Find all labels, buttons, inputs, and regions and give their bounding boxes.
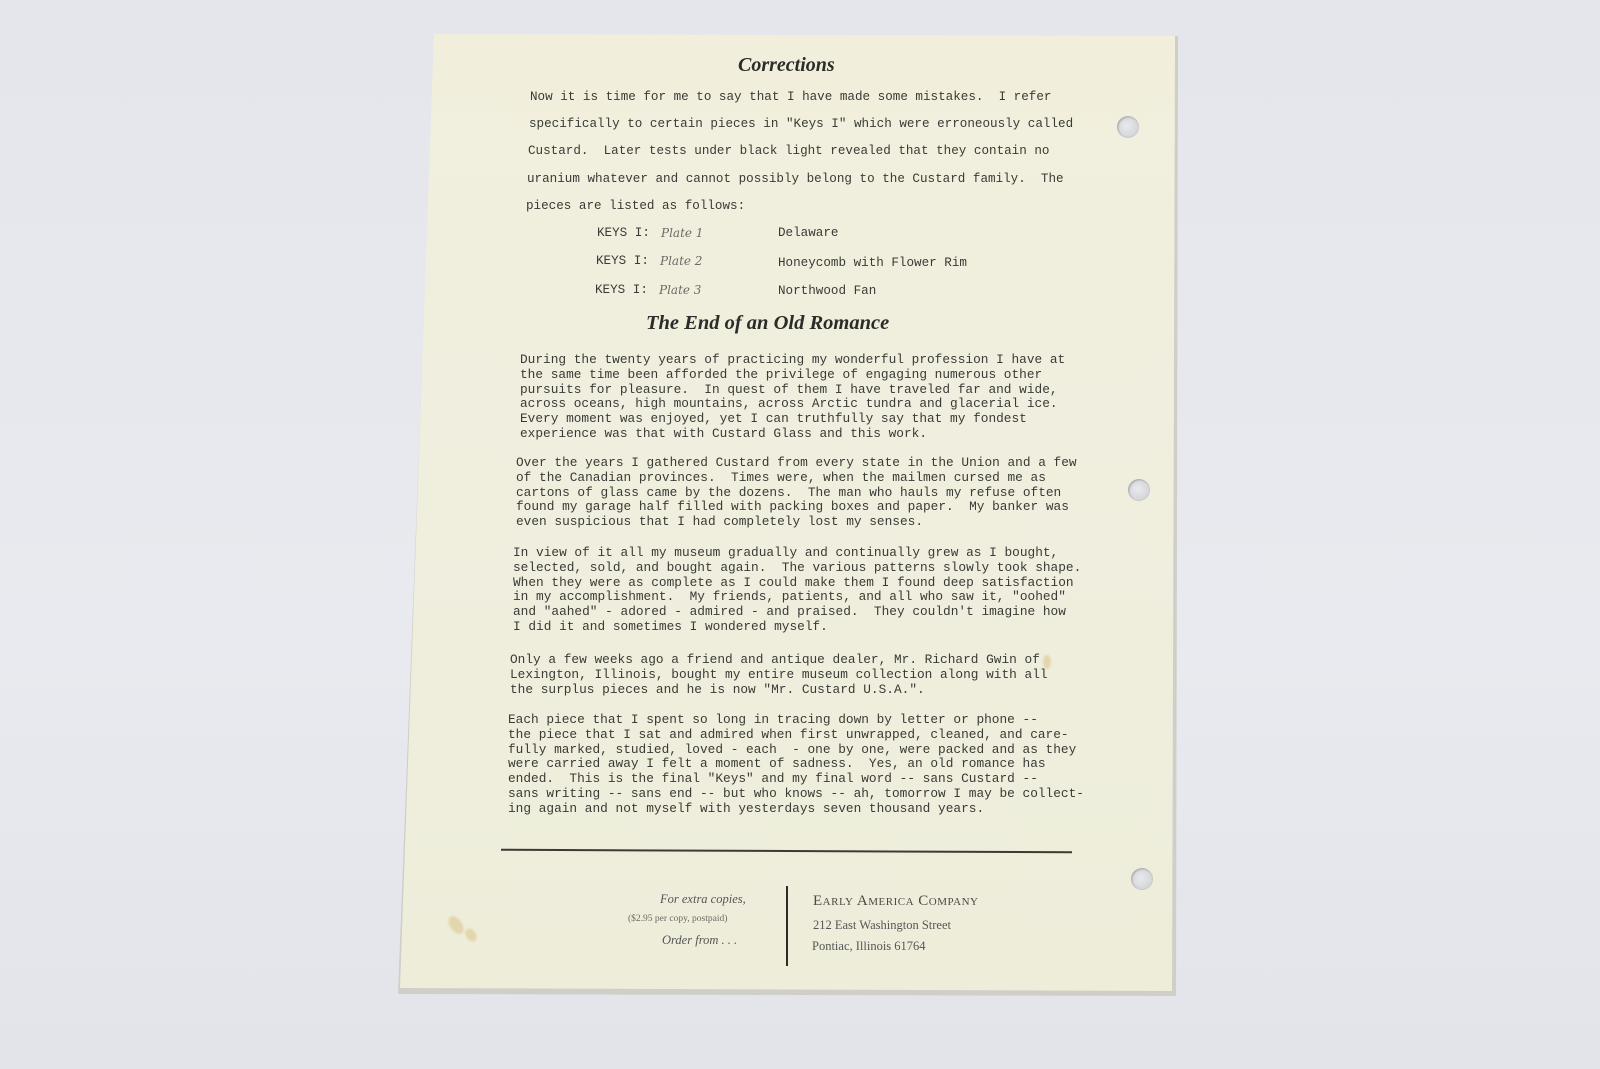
list-item-name: Honeycomb with Flower Rim: [778, 256, 967, 270]
list-item-ref: KEYS I:: [595, 283, 648, 297]
footer-street: 212 East Washington Street: [813, 918, 951, 933]
corrections-line: uranium whatever and cannot possibly bel…: [527, 172, 1064, 186]
binder-hole-middle: [1128, 479, 1150, 501]
footer-city: Pontiac, Illinois 61764: [812, 939, 926, 954]
list-item-plate: Plate 3: [659, 283, 701, 297]
list-item-ref: KEYS I:: [596, 254, 649, 268]
footer-vertical-divider: [786, 886, 788, 966]
footer-order-from: Order from . . .: [662, 933, 737, 948]
list-item-ref: KEYS I:: [597, 226, 650, 240]
romance-paragraph: In view of it all my museum gradually an…: [513, 546, 1081, 635]
footer-extra-copies: For extra copies,: [660, 892, 746, 907]
footer-price: ($2.95 per copy, postpaid): [628, 914, 727, 924]
footer-company-name: Early America Company: [813, 893, 978, 910]
list-item-name: Delaware: [778, 226, 838, 240]
binder-hole-top: [1117, 116, 1139, 138]
corrections-line: Now it is time for me to say that I have…: [530, 90, 1051, 104]
romance-paragraph: Only a few weeks ago a friend and antiqu…: [510, 653, 1048, 697]
romance-paragraph: Each piece that I spent so long in traci…: [508, 713, 1084, 817]
corrections-line: pieces are listed as follows:: [526, 199, 745, 213]
binder-hole-bottom: [1131, 868, 1153, 890]
romance-title: The End of an Old Romance: [646, 312, 889, 335]
list-item-plate: Plate 2: [660, 254, 702, 268]
list-item-name: Northwood Fan: [778, 284, 876, 298]
corrections-line: specifically to certain pieces in "Keys …: [529, 117, 1073, 131]
list-item-plate: Plate 1: [661, 226, 703, 240]
romance-paragraph: Over the years I gathered Custard from e…: [516, 456, 1077, 530]
corrections-title: Corrections: [738, 54, 835, 77]
corrections-line: Custard. Later tests under black light r…: [528, 144, 1049, 158]
romance-paragraph: During the twenty years of practicing my…: [520, 353, 1065, 442]
